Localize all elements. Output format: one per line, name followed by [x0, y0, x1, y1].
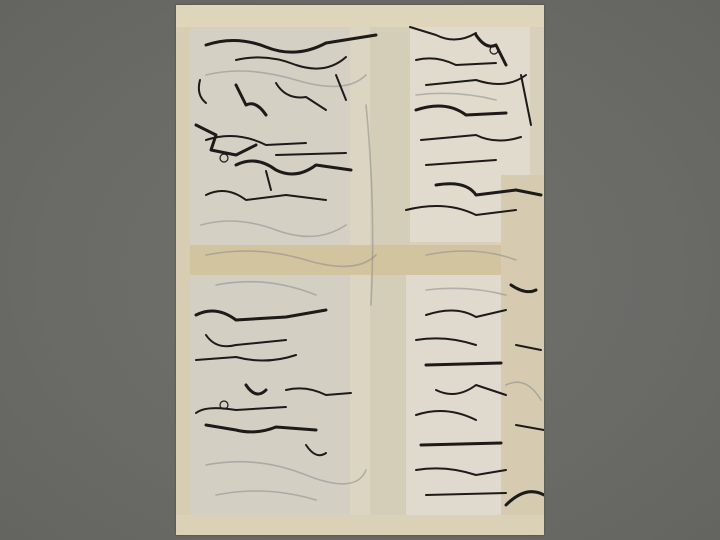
brush-ink-stroke	[506, 492, 544, 505]
brush-ink-stroke	[436, 385, 506, 395]
brush-ink-stroke	[206, 35, 376, 52]
brush-ink-stroke	[406, 206, 516, 215]
brush-ink-stroke	[421, 135, 521, 141]
brush-ink-stroke	[266, 171, 271, 190]
brush-ink-stroke	[416, 468, 506, 475]
manuscript-sheet	[176, 5, 544, 535]
brush-ink-stroke	[521, 75, 531, 125]
faint-ink-stroke	[216, 282, 316, 295]
seal-mark-icon	[220, 154, 228, 162]
brush-ink-stroke	[426, 160, 496, 165]
brush-ink-stroke	[436, 184, 516, 195]
faint-ink-stroke	[216, 491, 316, 500]
brush-ink-stroke	[416, 338, 476, 345]
brush-ink-stroke	[410, 27, 476, 40]
brush-ink-stroke	[511, 285, 536, 292]
brush-ink-stroke	[516, 425, 544, 430]
brush-ink-stroke	[426, 363, 501, 365]
brush-ink-stroke	[416, 106, 506, 115]
faint-ink-stroke	[206, 71, 366, 86]
faint-ink-stroke	[426, 251, 516, 260]
brush-ink-stroke	[516, 190, 541, 195]
faint-ink-stroke	[506, 382, 541, 400]
brush-ink-stroke	[426, 75, 526, 85]
faint-ink-stroke	[426, 288, 506, 295]
brush-ink-stroke	[336, 75, 346, 100]
brush-ink-stroke	[246, 385, 266, 394]
brush-ink-stroke	[236, 85, 266, 115]
brush-ink-stroke	[206, 425, 316, 432]
calligraphy-ink	[176, 5, 544, 535]
faint-ink-stroke	[206, 251, 376, 266]
brush-ink-stroke	[476, 35, 506, 65]
brush-ink-stroke	[286, 388, 351, 395]
brush-ink-stroke	[196, 310, 326, 320]
brush-ink-stroke	[196, 407, 286, 413]
brush-ink-stroke	[421, 443, 501, 445]
brush-ink-stroke	[199, 80, 206, 103]
brush-ink-stroke	[236, 161, 351, 174]
brush-ink-stroke	[416, 58, 496, 65]
faint-ink-stroke	[416, 93, 496, 100]
brush-ink-stroke	[196, 355, 296, 361]
brush-ink-stroke	[426, 493, 506, 495]
faint-ink-stroke	[206, 462, 366, 484]
brush-ink-stroke	[306, 445, 326, 455]
brush-ink-stroke	[516, 345, 541, 350]
faint-ink-stroke	[201, 221, 346, 236]
faint-ink-stroke	[366, 105, 373, 305]
brush-ink-stroke	[236, 57, 346, 69]
brush-ink-stroke	[206, 191, 326, 200]
brush-ink-stroke	[276, 83, 326, 110]
brush-ink-stroke	[426, 310, 506, 317]
brush-ink-stroke	[206, 335, 286, 346]
brush-ink-stroke	[276, 153, 346, 155]
brush-ink-stroke	[416, 411, 476, 420]
